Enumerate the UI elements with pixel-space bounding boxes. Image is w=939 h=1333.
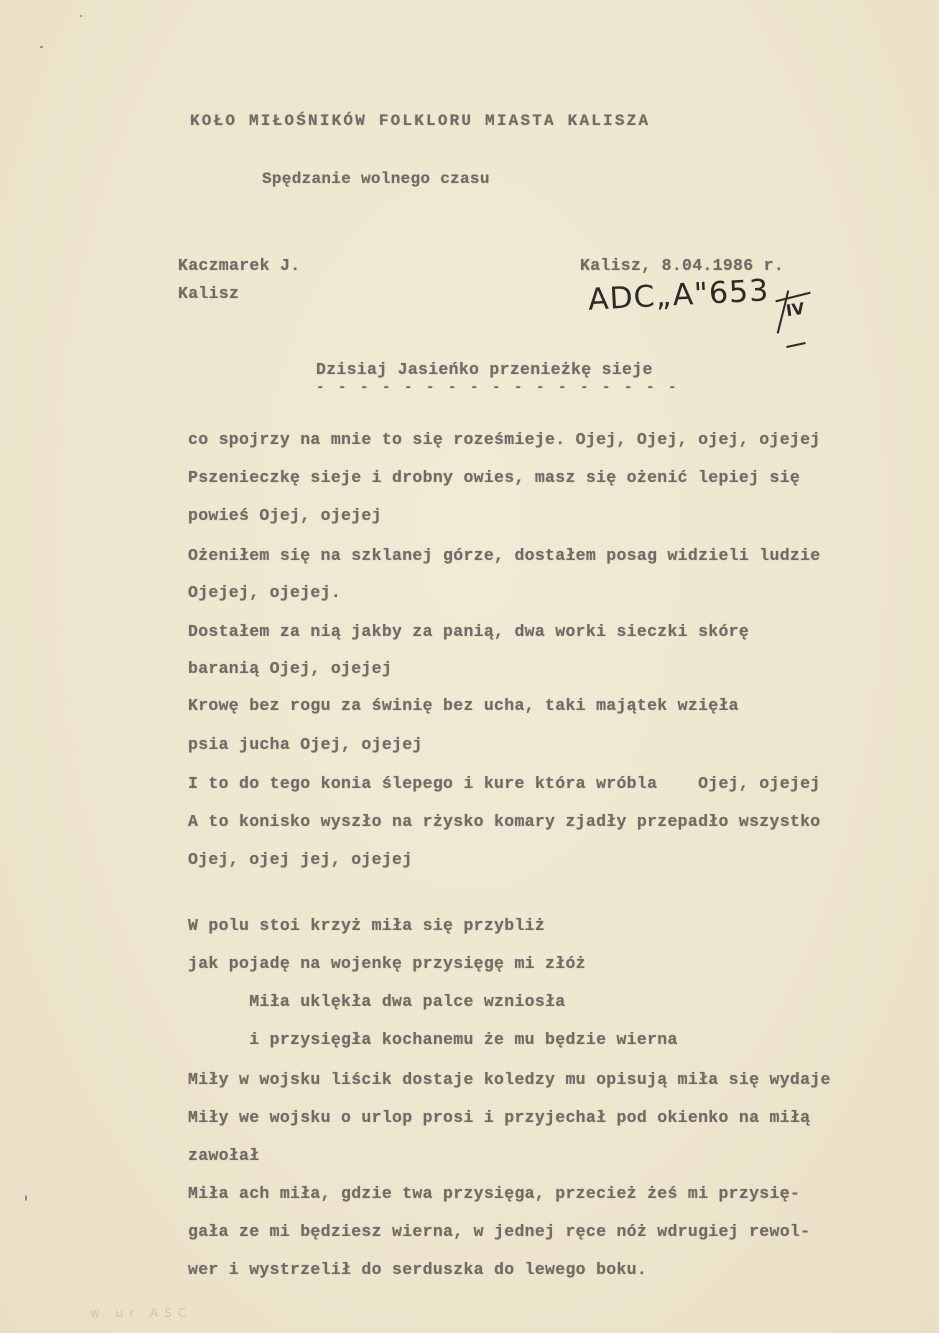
lyric-line: Miła uklękła dwa palce wzniosła xyxy=(188,992,565,1011)
lyric-line: Miła ach miła, gdzie twa przysięga, prze… xyxy=(188,1184,800,1203)
lyric-line: co spojrzy na mnie to się roześmieje. Oj… xyxy=(188,430,821,449)
organization-header: KOŁO MIŁOŚNIKÓW FOLKLORU MIASTA KALISZA xyxy=(190,112,650,130)
lyric-line: zawołał xyxy=(188,1146,259,1165)
author-place: Kalisz xyxy=(178,284,239,303)
lyric-line: Pszenieczkę sieje i drobny owies, masz s… xyxy=(188,468,800,487)
song-title: Dzisiaj Jasieńko przenieżkę sieje xyxy=(316,360,653,379)
lyric-line: jak pojadę na wojenkę przysięgę mi złóż xyxy=(188,954,586,973)
paper-speck xyxy=(80,15,82,17)
lyric-line: Ojejej, ojejej. xyxy=(188,583,341,602)
song-title-underline: - - - - - - - - - - - - - - - - - xyxy=(316,380,679,396)
paper-speck xyxy=(40,46,43,48)
lyric-line: psia jucha Ojej, ojejej xyxy=(188,735,423,754)
lyric-line: baranią Ojej, ojejej xyxy=(188,659,392,678)
document-subtitle: Spędzanie wolnego czasu xyxy=(262,170,490,188)
lyric-line: Miły we wojsku o urlop prosi i przyjecha… xyxy=(188,1108,810,1127)
lyric-line: Ojej, ojej jej, ojejej xyxy=(188,850,412,869)
lyric-line: I to do tego konia ślepego i kure która … xyxy=(188,774,821,793)
lyric-line: gała ze mi będziesz wierna, w jednej ręc… xyxy=(188,1222,810,1241)
handwritten-archive-number: ADC„A"653 xyxy=(587,273,770,317)
document-page: KOŁO MIŁOŚNIKÓW FOLKLORU MIASTA KALISZA … xyxy=(0,0,939,1333)
lyric-line: W polu stoi krzyż miła się przybliż xyxy=(188,916,545,935)
date-line: Kalisz, 8.04.1986 r. xyxy=(580,256,784,275)
paper-speck xyxy=(25,1195,27,1201)
lyric-line: A to konisko wyszło na rżysko komary zja… xyxy=(188,812,821,831)
lyric-line: Ożeniłem się na szklanej górze, dostałem… xyxy=(188,546,821,565)
lyric-line: Krowę bez rogu za świnię bez ucha, taki … xyxy=(188,696,739,715)
faint-bleed-through-marks: w ur ASC xyxy=(90,1306,192,1320)
handwritten-underline xyxy=(786,342,806,348)
lyric-line: Dostałem za nią jakby za panią, dwa work… xyxy=(188,622,749,641)
author-name: Kaczmarek J. xyxy=(178,256,300,275)
lyric-line: wer i wystrzelił do serduszka do lewego … xyxy=(188,1260,647,1279)
lyric-line: i przysięgła kochanemu że mu będzie wier… xyxy=(188,1030,678,1049)
handwritten-roman-numeral: IV xyxy=(785,299,806,320)
lyric-line: powieś Ojej, ojejej xyxy=(188,506,382,525)
lyric-line: Miły w wojsku liścik dostaje koledzy mu … xyxy=(188,1070,831,1089)
